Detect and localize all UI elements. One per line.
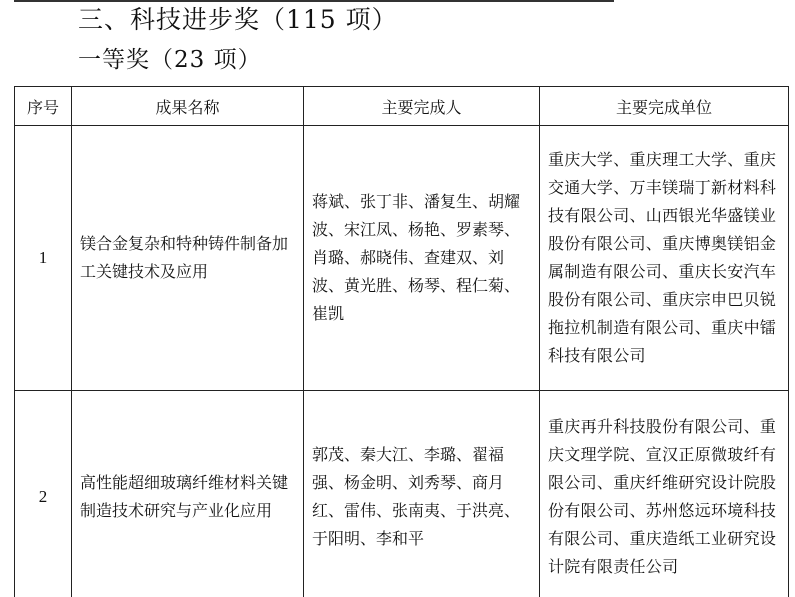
row-people: 郭茂、秦大江、李璐、翟福强、杨金明、刘秀琴、商月红、雷伟、张南夷、于洪亮、于阳明…	[304, 391, 540, 597]
column-header-title: 成果名称	[72, 87, 304, 126]
table-row: 1 镁合金复杂和特种铸件制备加工关键技术及应用 蒋斌、张丁非、潘复生、胡耀波、宋…	[15, 126, 789, 391]
column-header-units: 主要完成单位	[540, 87, 789, 126]
column-header-index: 序号	[15, 87, 72, 126]
table-header-row: 序号 成果名称 主要完成人 主要完成单位	[15, 87, 789, 126]
row-title: 高性能超细玻璃纤维材料关键制造技术研究与产业化应用	[72, 391, 304, 597]
row-units: 重庆大学、重庆理工大学、重庆交通大学、万丰镁瑞丁新材料科技有限公司、山西银光华盛…	[540, 126, 789, 391]
top-rule	[14, 0, 614, 2]
row-units-text: 重庆再升科技股份有限公司、重庆文理学院、宣汉正原微玻纤有限公司、重庆纤维研究设计…	[548, 413, 784, 581]
column-header-people: 主要完成人	[304, 87, 540, 126]
row-title-text: 镁合金复杂和特种铸件制备加工关键技术及应用	[80, 230, 297, 286]
row-people-text: 郭茂、秦大江、李璐、翟福强、杨金明、刘秀琴、商月红、雷伟、张南夷、于洪亮、于阳明…	[312, 441, 533, 553]
row-title-text: 高性能超细玻璃纤维材料关键制造技术研究与产业化应用	[80, 469, 297, 525]
award-level-heading: 一等奖（23 项）	[78, 44, 262, 76]
row-index: 2	[15, 391, 72, 597]
row-people-text: 蒋斌、张丁非、潘复生、胡耀波、宋江凤、杨艳、罗素琴、肖璐、郝晓伟、查建双、刘波、…	[312, 188, 533, 328]
row-units: 重庆再升科技股份有限公司、重庆文理学院、宣汉正原微玻纤有限公司、重庆纤维研究设计…	[540, 391, 789, 597]
row-title: 镁合金复杂和特种铸件制备加工关键技术及应用	[72, 126, 304, 391]
award-table: 序号 成果名称 主要完成人 主要完成单位 1 镁合金复杂和特种铸件制备加工关键技…	[14, 86, 789, 597]
section-heading: 三、科技进步奖（115 项）	[78, 4, 398, 36]
table-row: 2 高性能超细玻璃纤维材料关键制造技术研究与产业化应用 郭茂、秦大江、李璐、翟福…	[15, 391, 789, 597]
row-people: 蒋斌、张丁非、潘复生、胡耀波、宋江凤、杨艳、罗素琴、肖璐、郝晓伟、查建双、刘波、…	[304, 126, 540, 391]
row-units-text: 重庆大学、重庆理工大学、重庆交通大学、万丰镁瑞丁新材料科技有限公司、山西银光华盛…	[548, 146, 784, 370]
row-index: 1	[15, 126, 72, 391]
